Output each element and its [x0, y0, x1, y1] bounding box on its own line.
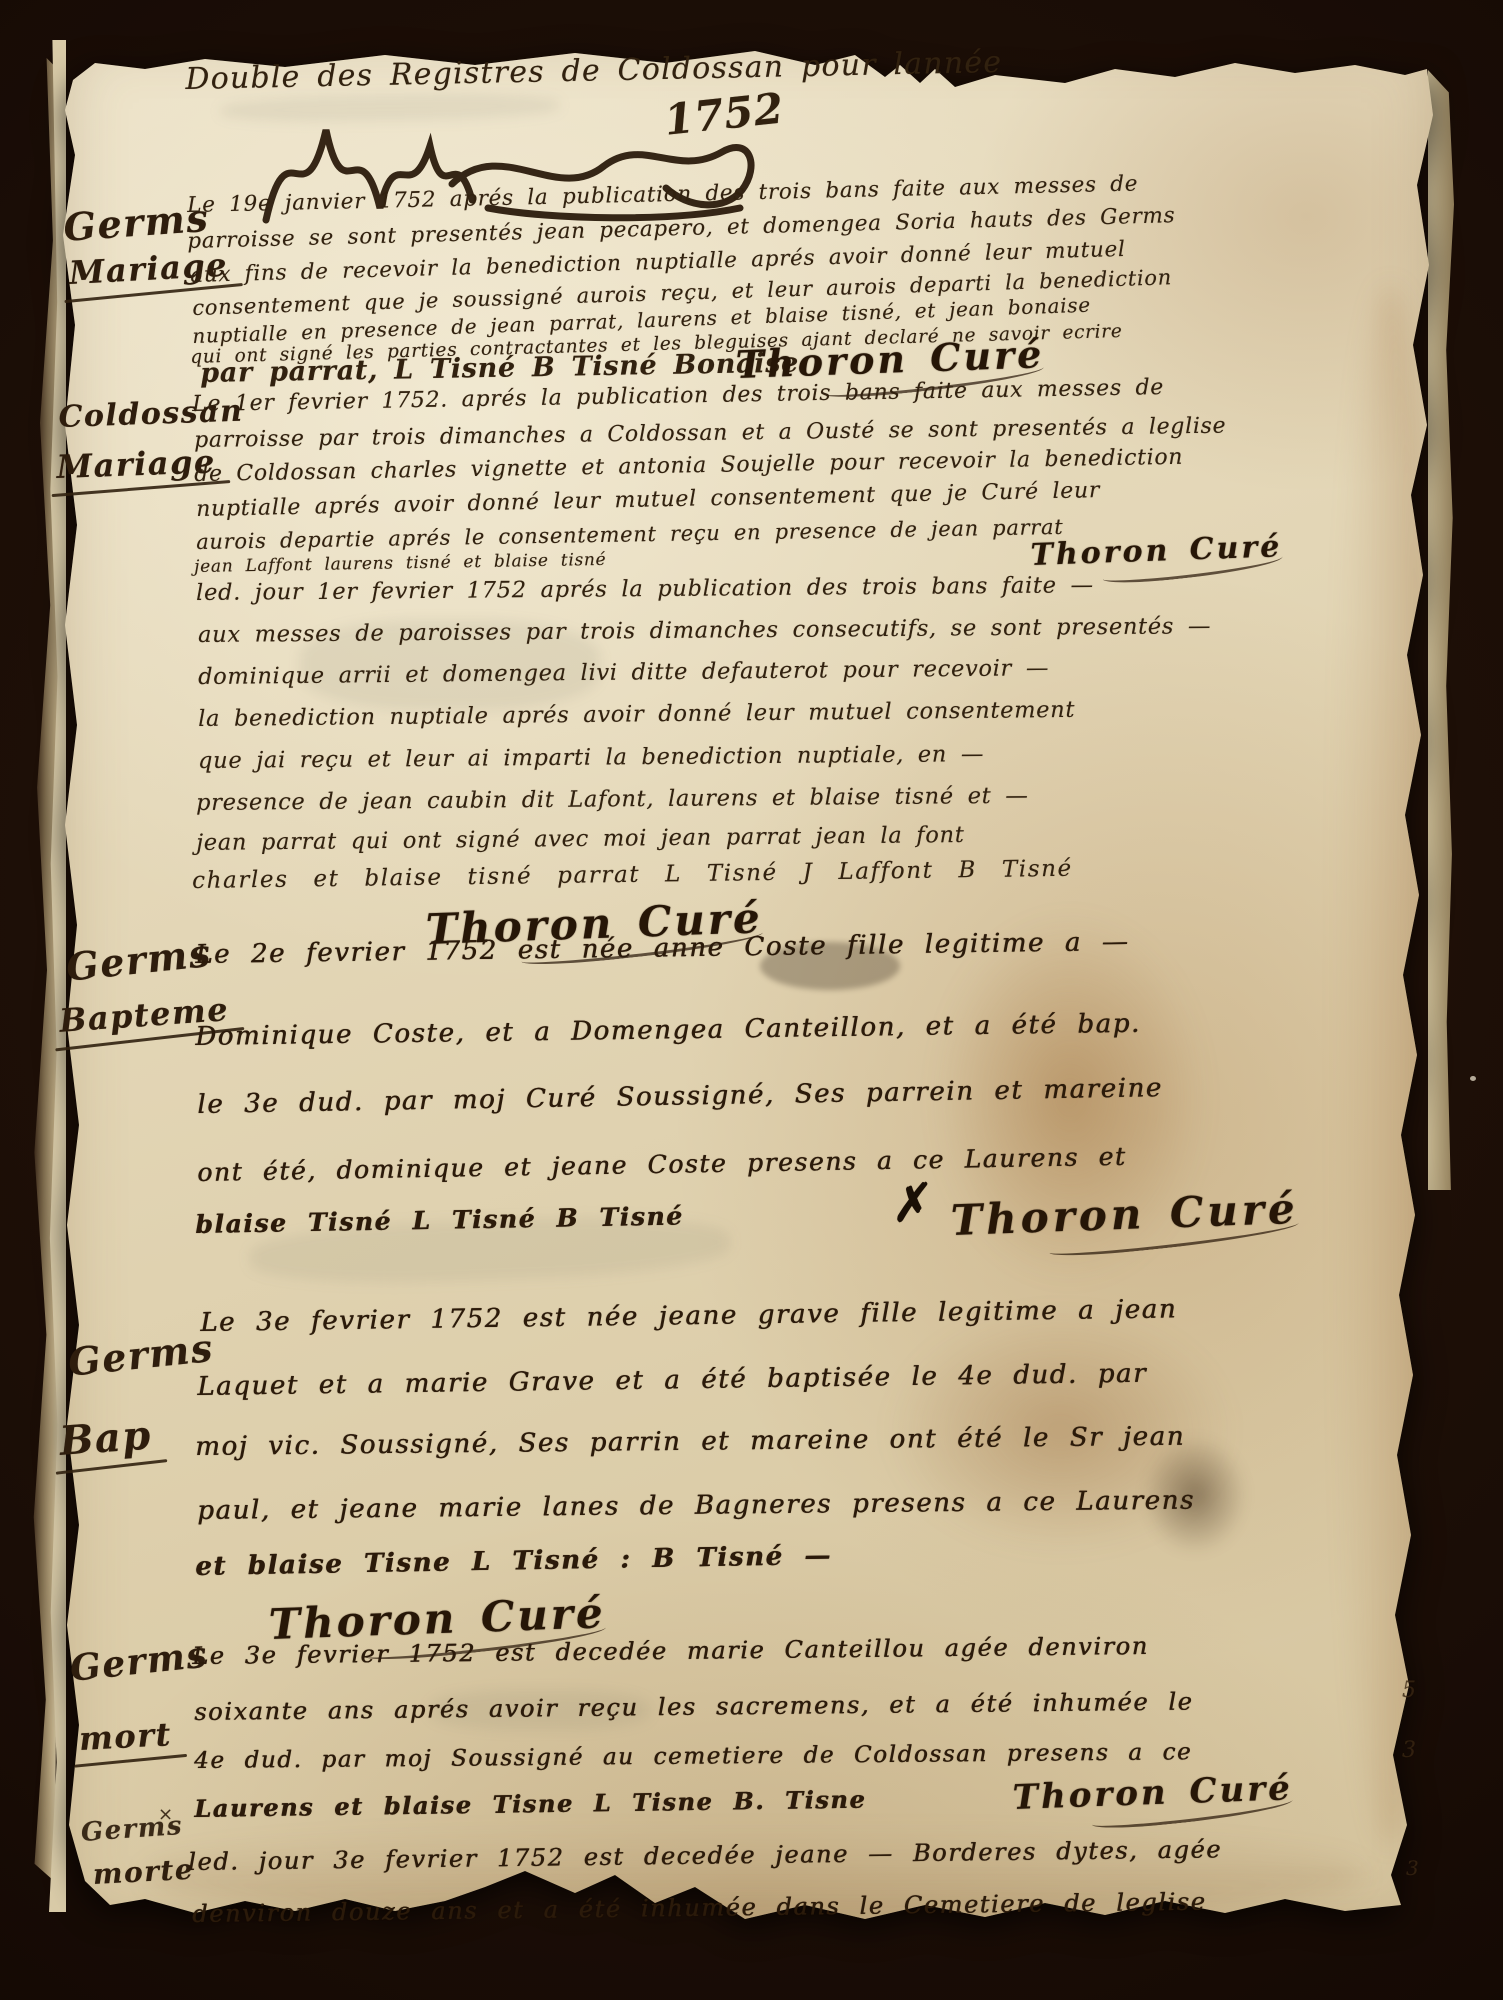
margin-label-place: Germs	[68, 1634, 210, 1690]
register-line: soixante ans aprés avoir reçu les sacrem…	[194, 1688, 1194, 1726]
register-line: 4e dud. par moj Soussigné au cemetiere d…	[194, 1739, 1192, 1774]
handwriting-layer: Double des Registres de Coldossan pour l…	[0, 0, 1503, 2000]
interline-witnesses: jean Laffont laurens tisné et blaise tis…	[194, 550, 607, 577]
edge-mark: 3	[1402, 1738, 1417, 1763]
manuscript-photo: Double des Registres de Coldossan pour l…	[0, 0, 1503, 2000]
register-line: aux messes de paroisses par trois dimanc…	[198, 613, 1211, 648]
ink-cross-mark: ✗	[885, 1173, 933, 1233]
witness-signatures-line: Laurens et blaise Tisne L Tisne B. Tisne	[194, 1785, 866, 1823]
register-line: led. jour 1er fevrier 1752 aprés la publ…	[196, 572, 1094, 606]
register-line: jean parrat qui ont signé avec moi jean …	[196, 822, 965, 856]
register-line: ont été, dominique et jeane Coste presen…	[197, 1142, 1127, 1187]
register-line: nuptialle aprés avoir donné leur mutuel …	[196, 478, 1100, 522]
ink-blot-overwrite	[760, 942, 900, 990]
register-line: moj vic. Soussigné, Ses parrin et marein…	[195, 1422, 1185, 1462]
cure-signature: Thoron Curé	[1012, 1768, 1293, 1818]
register-line: Le 2e fevrier 1752 est née anne Coste fi…	[195, 927, 1130, 970]
cure-signature: Thoron Curé	[950, 1184, 1299, 1245]
register-line: led. jour 3e fevrier 1752 est decedée je…	[188, 1835, 1222, 1876]
register-line: que jai reçu et leur ai imparti la bened…	[198, 741, 984, 774]
margin-label-acttype: mort	[78, 1715, 173, 1758]
witness-signatures-line: blaise Tisné L Tisné B Tisné	[195, 1201, 684, 1239]
edge-mark: 3	[1406, 1856, 1419, 1880]
margin-label-place: Germs	[80, 1811, 184, 1848]
edge-mark: 5	[1402, 1678, 1417, 1703]
margin-label-acttype: Bap	[58, 1412, 153, 1465]
register-line: Dominique Coste, et a Domengea Canteillo…	[195, 1009, 1141, 1052]
register-line: le 3e dud. par moj Curé Soussigné, Ses p…	[197, 1073, 1163, 1120]
register-line: presence de jean caubin dit Lafont, laur…	[196, 783, 1029, 816]
page-title: Double des Registres de Coldossan pour l…	[185, 45, 1003, 97]
register-line: la benediction nuptiale aprés avoir donn…	[198, 697, 1075, 732]
register-line: Laquet et a marie Grave et a été baptisé…	[197, 1359, 1147, 1402]
register-line: dominique arrii et domengea livi ditte d…	[198, 655, 1049, 690]
register-line: denviron douze ans et a été inhumée dans…	[192, 1888, 1207, 1928]
register-line: aurois departie aprés le consentement re…	[196, 515, 1064, 554]
margin-label-acttype: Mariage	[56, 442, 216, 486]
register-line: paul, et jeane marie lanes de Bagneres p…	[197, 1486, 1195, 1526]
witness-signatures-line: et blaise Tisne L Tisné : B Tisné —	[195, 1541, 832, 1582]
margin-label-acttype: morte	[92, 1853, 195, 1891]
margin-label-place: Germs	[66, 1325, 216, 1385]
margin-label-place: Germs	[64, 930, 214, 990]
register-line: Le 3e fevrier 1752 est née jeane grave f…	[200, 1294, 1177, 1338]
cure-signature: Thoron Curé	[1030, 529, 1283, 573]
witness-signatures-line: charles et blaise tisné parrat L Tisné J…	[192, 856, 1073, 894]
